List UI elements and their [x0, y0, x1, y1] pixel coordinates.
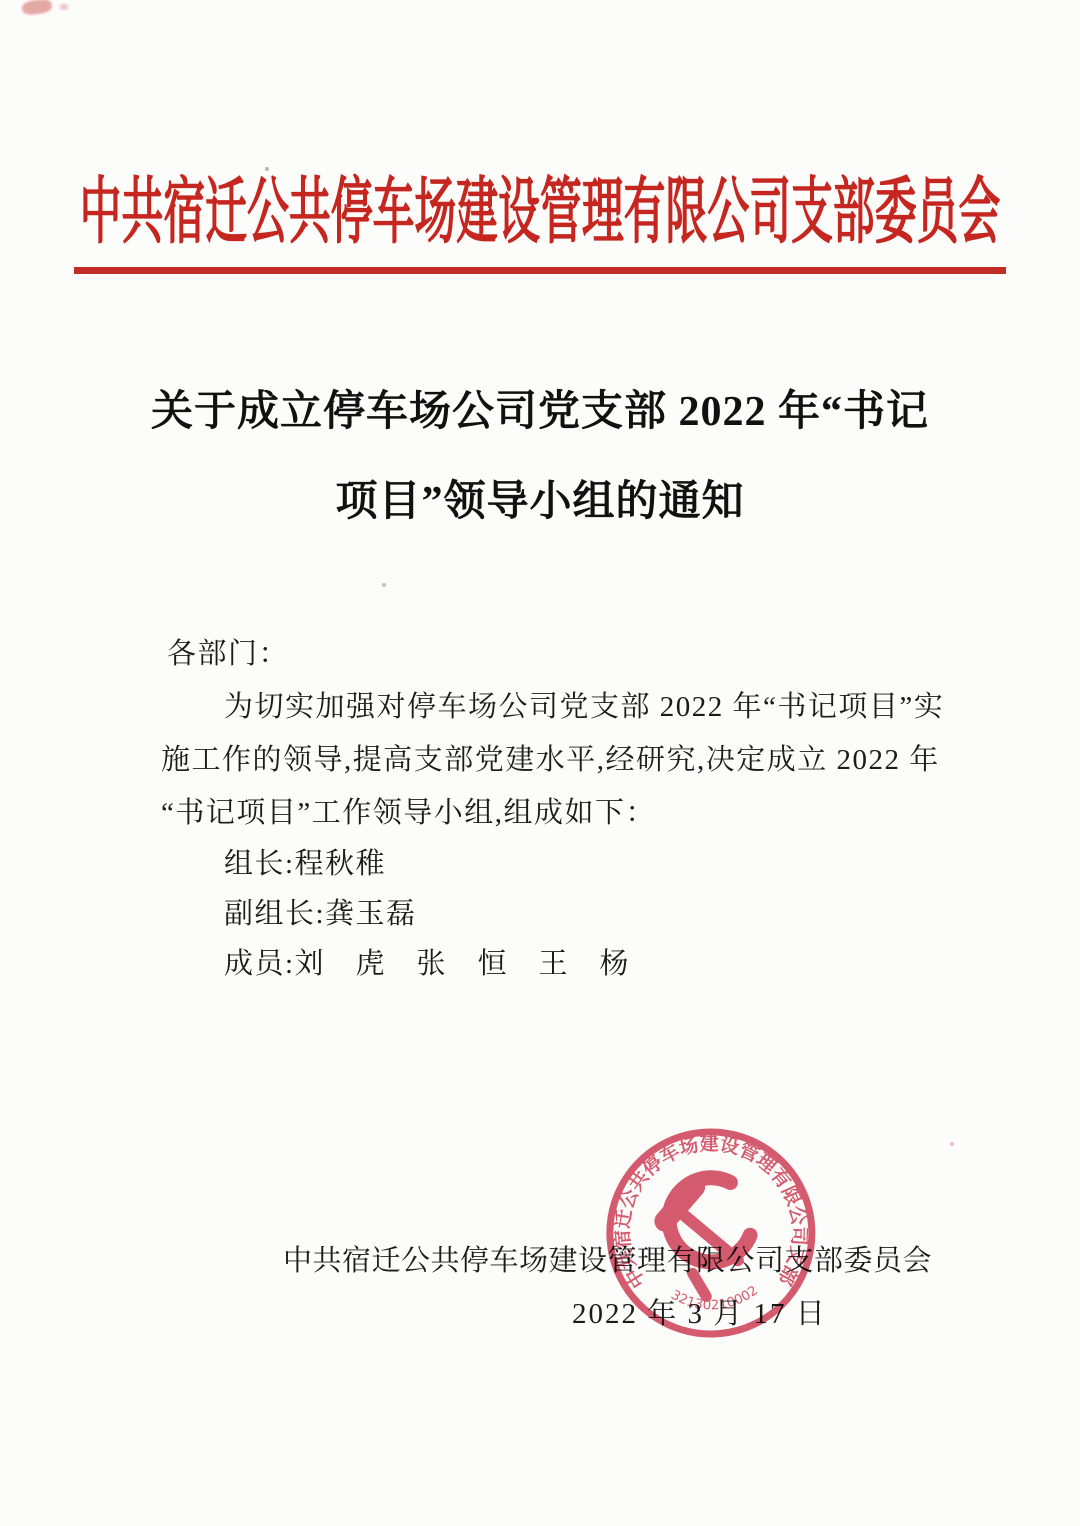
- letterhead-org-name: 中共宿迁公共停车场建设管理有限公司支部委员会: [38, 165, 1042, 259]
- scan-artifact: [382, 583, 386, 587]
- seal-ring-text: 中共宿迁公共停车场建设管理有限公司支部委员会: [590, 1114, 814, 1303]
- group-leader-line: 组长:程秋稚: [224, 841, 386, 882]
- hammer-and-sickle-icon: [662, 1175, 754, 1299]
- official-red-seal: 中共宿迁公共停车场建设管理有限公司支部委员会 3213021000251: [590, 1114, 831, 1355]
- deputy-leader-line: 副组长:龚玉磊: [224, 891, 417, 932]
- letterhead-divider-rule: [74, 267, 1006, 274]
- scan-artifact: [950, 1142, 954, 1146]
- paragraph-line: “书记项目”工作领导小组,组成如下：: [161, 790, 656, 831]
- document-title-line2: 项目”领导小组的通知: [0, 468, 1080, 528]
- scan-artifact: [60, 4, 68, 10]
- document-title-line1: 关于成立停车场公司党支部 2022 年“书记: [0, 378, 1080, 438]
- members-line: 成员:刘 虎 张 恒 王 杨: [224, 941, 630, 982]
- paragraph-line: 施工作的领导,提高支部党建水平,经研究,决定成立 2022 年: [161, 737, 940, 778]
- salutation: 各部门：: [167, 631, 289, 672]
- scan-artifact: [21, 0, 53, 16]
- scanned-official-document: 中共宿迁公共停车场建设管理有限公司支部委员会 关于成立停车场公司党支部 2022…: [0, 0, 1080, 1526]
- paragraph-line: 为切实加强对停车场公司党支部 2022 年“书记项目”实: [224, 684, 944, 725]
